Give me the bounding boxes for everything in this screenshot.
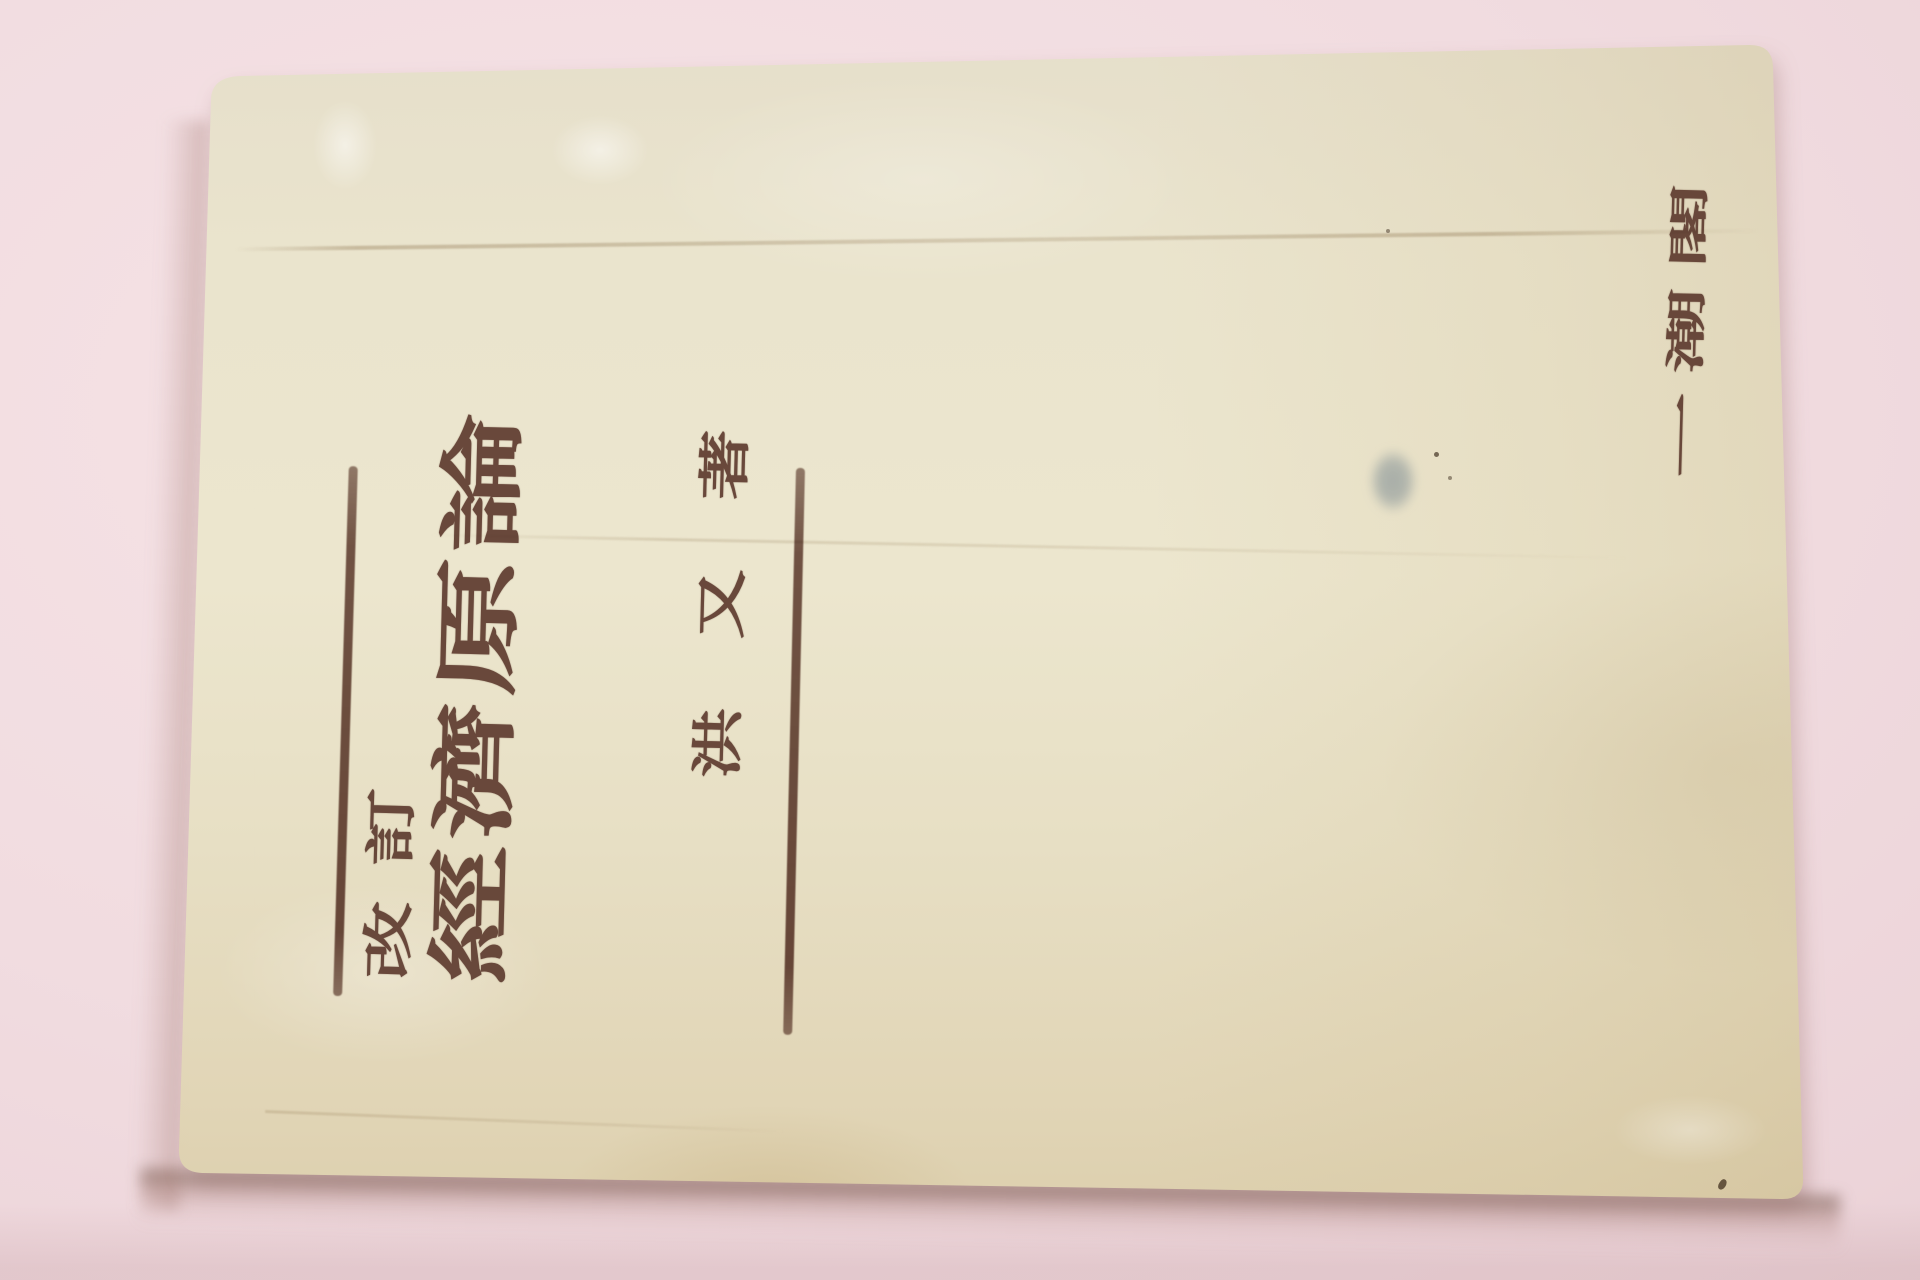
revision-label: 改訂: [362, 753, 419, 980]
publisher-imprint: 一潮閣: [1664, 164, 1712, 479]
title-frame-top-rule: [333, 466, 358, 996]
book: 改訂 經濟原論 洪 又 著 一潮閣: [0, 0, 1920, 1280]
cover-print-block: 改訂 經濟原論 洪 又 著 一潮閣: [177, 27, 1807, 1218]
speck: [1434, 452, 1439, 457]
author-name: 洪 又 著: [693, 416, 754, 779]
blue-ink-smudge: [1368, 448, 1418, 514]
book-front-cover: 改訂 經濟原論 洪 又 著 一潮閣: [0, 0, 1920, 1280]
book-title: 經濟原論: [428, 408, 529, 986]
speck: [1448, 476, 1452, 480]
photo-canvas: 改訂 經濟原論 洪 又 著 一潮閣: [0, 0, 1920, 1280]
title-frame-bottom-rule: [783, 468, 805, 1035]
speck: [1386, 229, 1390, 233]
